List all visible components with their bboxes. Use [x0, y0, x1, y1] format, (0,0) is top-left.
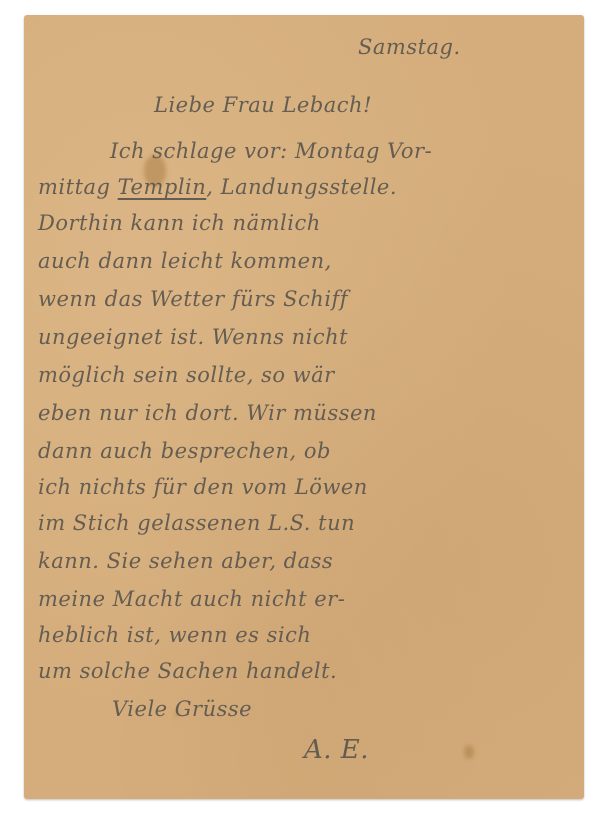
signature: A. E.: [304, 735, 369, 765]
body-line: Dorthin kann ich nämlich: [38, 211, 321, 235]
body-line: auch dann leicht kommen,: [38, 249, 332, 273]
body-text: , Landungsstelle.: [206, 175, 397, 199]
stain-mark: [464, 745, 474, 759]
body-text: mittag: [38, 175, 110, 199]
body-line: um solche Sachen handelt.: [38, 659, 337, 683]
body-line: mittag Templin, Landungsstelle.: [38, 175, 397, 199]
body-line: eben nur ich dort. Wir müssen: [38, 401, 377, 425]
body-line: im Stich gelassenen L.S. tun: [38, 511, 355, 535]
body-line: ich nichts für den vom Löwen: [38, 475, 368, 499]
page: Samstag. Liebe Frau Lebach! Ich schlage …: [0, 0, 600, 813]
body-line: Ich schlage vor: Montag Vor-: [110, 139, 432, 163]
body-line: dann auch besprechen, ob: [38, 439, 331, 463]
body-line: wenn das Wetter fürs Schiff: [38, 287, 348, 311]
body-line: ungeeignet ist. Wenns nicht: [38, 325, 348, 349]
body-line: heblich ist, wenn es sich: [38, 623, 311, 647]
body-line: möglich sein sollte, so wär: [38, 363, 335, 387]
salutation: Liebe Frau Lebach!: [154, 93, 372, 117]
place-name-underlined: Templin: [118, 175, 207, 199]
body-line: kann. Sie sehen aber, dass: [38, 549, 333, 573]
date-line: Samstag.: [358, 35, 461, 59]
postcard: Samstag. Liebe Frau Lebach! Ich schlage …: [24, 15, 584, 799]
body-line: meine Macht auch nicht er-: [38, 587, 345, 611]
closing: Viele Grüsse: [112, 697, 252, 721]
